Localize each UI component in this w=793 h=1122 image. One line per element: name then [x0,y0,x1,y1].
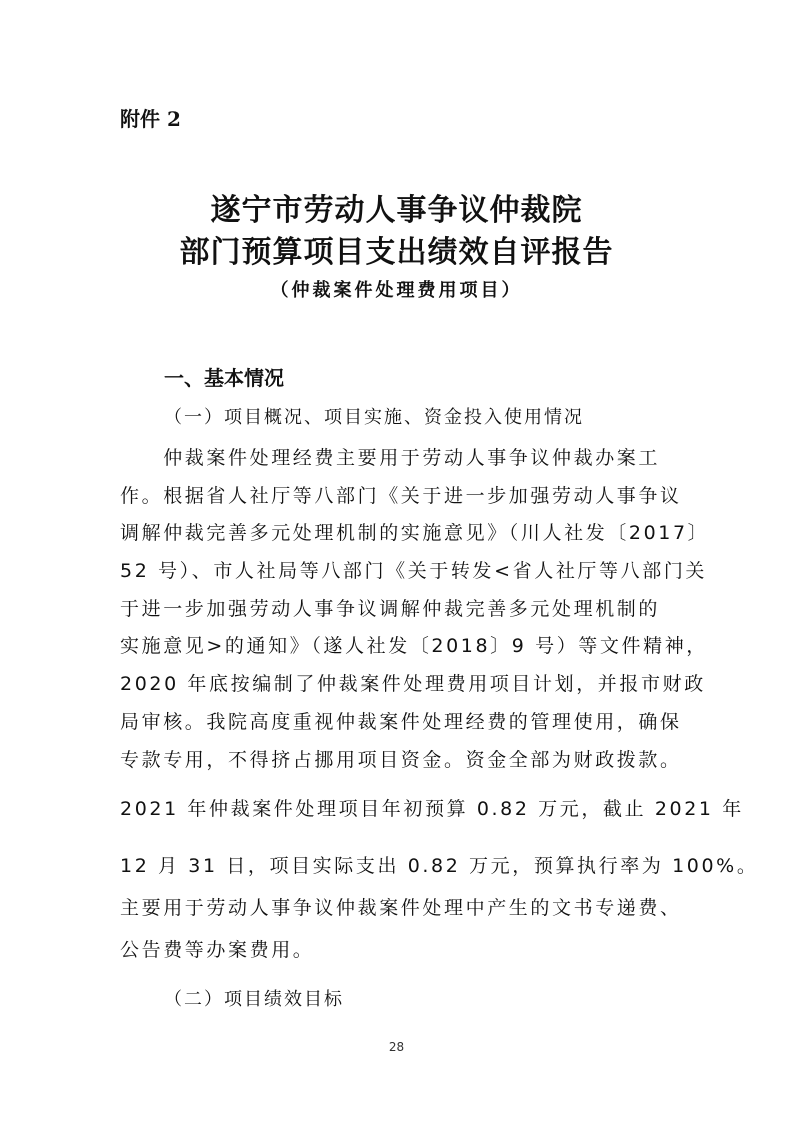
paragraph-line: 作。根据省人社厅等八部门《关于进一步加强劳动人事争议 [120,484,680,508]
subsection-heading-performance-goals: （二）项目绩效目标 [164,985,344,1011]
title-line-2: 部门预算项目支出绩效自评报告 [0,227,793,271]
paragraph-line: 局审核。我院高度重视仲裁案件处理经费的管理使用，确保 [120,710,680,734]
title-line-1: 遂宁市劳动人事争议仲裁院 [0,185,793,229]
subsection-heading-overview: （一）项目概况、项目实施、资金投入使用情况 [164,403,584,429]
paragraph-line: 2021 年仲裁案件处理项目年初预算 0.82 万元，截止 2021 年 [120,797,680,821]
attachment-label: 附件 2 [120,103,181,132]
paragraph-line: 主要用于劳动人事争议仲裁案件处理中产生的文书专递费、 [120,896,680,920]
paragraph-line: 调解仲裁完善多元处理机制的实施意见》（川人社发〔2017〕 [120,521,680,545]
subtitle: （仲裁案件处理费用项目） [0,276,793,302]
paragraph-line: 专款专用，不得挤占挪用项目资金。资金全部为财政拨款。 [120,748,680,772]
paragraph-line: 52 号）、市人社局等八部门《关于转发<省人社厅等八部门关 [120,559,680,583]
paragraph-line: 公告费等办案费用。 [120,938,680,962]
page-number: 28 [0,1040,793,1054]
paragraph-line: 实施意见>的通知》（遂人社发〔2018〕9 号）等文件精神， [120,634,680,658]
paragraph-line: 12 月 31 日，项目实际支出 0.82 万元，预算执行率为 100%。 [120,854,680,878]
section-heading-basic-info: 一、基本情况 [164,362,284,391]
paragraph-line: 2020 年底按编制了仲裁案件处理费用项目计划，并报市财政 [120,672,680,696]
paragraph-line: 仲裁案件处理经费主要用于劳动人事争议仲裁办案工 [120,446,680,470]
paragraph-line: 于进一步加强劳动人事争议调解仲裁完善多元处理机制的 [120,597,680,621]
document-page: 附件 2 遂宁市劳动人事争议仲裁院 部门预算项目支出绩效自评报告 （仲裁案件处理… [0,0,793,1122]
